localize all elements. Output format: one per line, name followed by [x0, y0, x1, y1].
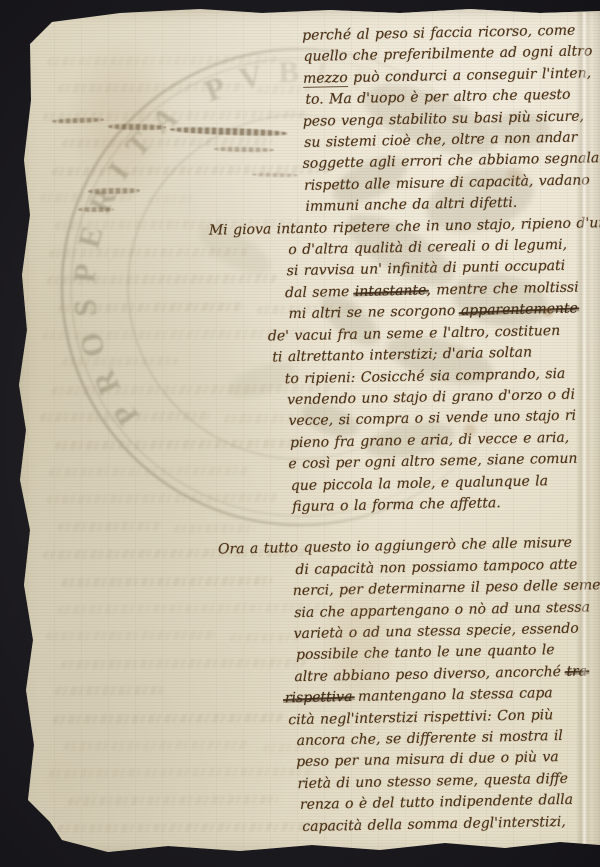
bleedthrough-line	[61, 357, 179, 367]
paragraph: Ora a tutto questo io aggiungerò che all…	[200, 532, 600, 840]
struck-word: intastante	[355, 282, 427, 299]
bleedthrough-line	[39, 411, 212, 421]
ink-smudge	[108, 123, 166, 130]
struck-word: rispettiva	[285, 689, 353, 706]
underlined-word: mezzo	[303, 70, 348, 88]
bleedthrough-line	[54, 686, 166, 696]
ink-smudge	[78, 207, 114, 212]
ink-smudge	[88, 188, 140, 195]
bleedthrough-line	[45, 631, 218, 641]
paragraph: Mi giova intanto ripetere che in uno sta…	[194, 213, 600, 521]
manuscript-text: perché al peso si faccia ricorso, comequ…	[190, 20, 600, 840]
bleedthrough-line	[39, 193, 135, 203]
bleedthrough-line	[146, 195, 193, 204]
bleedthrough-line	[57, 521, 161, 531]
struck-word: tra	[566, 663, 587, 679]
scan-background: PROSPERITA PVBLICA perché al peso si fac…	[0, 0, 600, 867]
paragraph: perché al peso si faccia ricorso, comequ…	[190, 20, 600, 220]
manuscript-page: PROSPERITA PVBLICA perché al peso si fac…	[0, 0, 600, 867]
struck-word: apparentemente	[461, 301, 578, 319]
ink-smudge	[52, 117, 104, 124]
